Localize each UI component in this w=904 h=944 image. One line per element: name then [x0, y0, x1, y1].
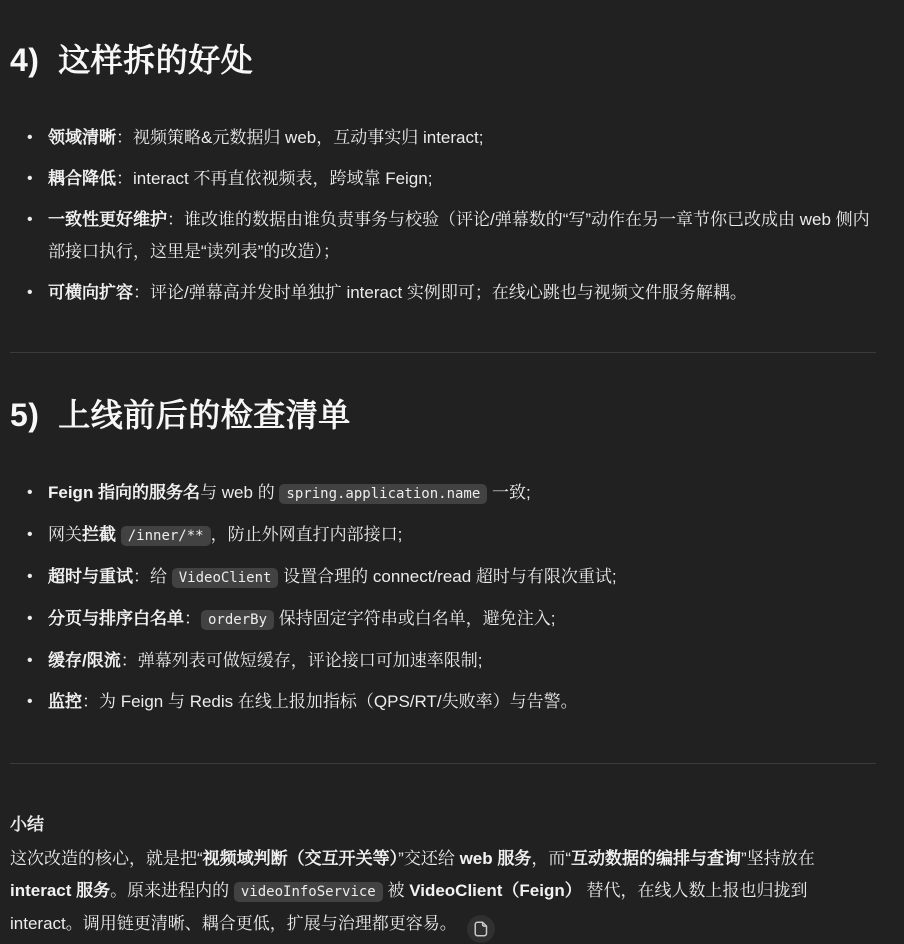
bold-text: 互动数据的编排与查询	[571, 849, 741, 868]
copy-button[interactable]	[467, 915, 495, 943]
list-item: 耦合降低：interact 不再直依视频表，跨域靠 Feign;	[10, 163, 876, 195]
inline-code: orderBy	[201, 610, 274, 630]
list-item: 分页与排序白名单：orderBy 保持固定字符串或白名单，避免注入;	[10, 603, 876, 636]
text-run: 与 web 的	[200, 483, 279, 502]
section-divider-2	[10, 763, 876, 764]
bold-text: VideoClient（Feign）	[409, 881, 582, 900]
text-run: ：为 Feign 与 Redis 在线上报加指标（QPS/RT/失败率）与告警。	[82, 692, 578, 711]
text-run: ：视频策略&元数据归 web，互动事实归 interact;	[116, 128, 483, 147]
list-item: 超时与重试：给 VideoClient 设置合理的 connect/read 超…	[10, 561, 876, 594]
summary-heading: 小结	[10, 809, 876, 841]
summary-text: 这次改造的核心，就是把“视频域判断（交互开关等）”交还给 web 服务，而“互动…	[10, 849, 815, 933]
section-5-list: Feign 指向的服务名与 web 的 spring.application.n…	[10, 477, 876, 718]
section-4-heading: 4) 这样拆的好处	[10, 38, 876, 82]
text-run: ：给	[133, 567, 172, 586]
list-item: 缓存/限流：弹幕列表可做短缓存，评论接口可加速率限制;	[10, 645, 876, 677]
text-run: 一致;	[487, 483, 530, 502]
bold-text: Feign 指向的服务名	[48, 483, 200, 502]
text-run: 设置合理的 connect/read 超时与有限次重试;	[278, 567, 616, 586]
text-run: 。原来进程内的	[110, 881, 234, 900]
inline-code: VideoClient	[172, 568, 279, 588]
bold-text: interact 服务	[10, 881, 110, 900]
bold-text: 拦截	[82, 525, 116, 544]
bold-text: 领域清晰	[48, 128, 116, 147]
text-run: 保持固定字符串或白名单，避免注入;	[274, 609, 555, 628]
copy-icon	[474, 921, 488, 937]
text-run: 被	[383, 881, 409, 900]
list-item: 网关拦截 /inner/**，防止外网直打内部接口;	[10, 519, 876, 552]
text-run: ：谁改谁的数据由谁负责事务与校验（评论/弹幕数的“写”动作在另一章节你已改成由 …	[48, 210, 870, 261]
text-run: 这次改造的核心，就是把“	[10, 849, 203, 868]
list-item: 监控：为 Feign 与 Redis 在线上报加指标（QPS/RT/失败率）与告…	[10, 686, 876, 718]
text-run: ：	[184, 609, 201, 628]
bold-text: 可横向扩容	[48, 283, 133, 302]
inline-code: /inner/**	[121, 526, 211, 546]
inline-code: spring.application.name	[279, 484, 487, 504]
section-divider	[10, 352, 876, 353]
text-run: ，防止外网直打内部接口;	[211, 525, 403, 544]
bold-text: 分页与排序白名单	[48, 609, 184, 628]
bold-text: 一致性更好维护	[48, 210, 167, 229]
bold-text: 监控	[48, 692, 82, 711]
text-run: ：评论/弹幕高并发时单独扩 interact 实例即可；在线心跳也与视频文件服务…	[133, 283, 747, 302]
text-run: ：弹幕列表可做短缓存，评论接口可加速率限制;	[121, 651, 483, 670]
bold-text: 缓存/限流	[48, 651, 121, 670]
text-run: 网关	[48, 525, 82, 544]
text-run: ：interact 不再直依视频表，跨域靠 Feign;	[116, 169, 432, 188]
list-item: Feign 指向的服务名与 web 的 spring.application.n…	[10, 477, 876, 510]
bold-text: 耦合降低	[48, 169, 116, 188]
bold-text: web 服务	[460, 849, 532, 868]
section-4-list: 领域清晰：视频策略&元数据归 web，互动事实归 interact;耦合降低：i…	[10, 122, 876, 309]
list-item: 领域清晰：视频策略&元数据归 web，互动事实归 interact;	[10, 122, 876, 154]
text-run: ，而“	[531, 849, 571, 868]
summary-paragraph: 这次改造的核心，就是把“视频域判断（交互开关等）”交还给 web 服务，而“互动…	[10, 843, 876, 943]
assistant-message: 4) 这样拆的好处 领域清晰：视频策略&元数据归 web，互动事实归 inter…	[0, 0, 904, 943]
section-5-heading: 5) 上线前后的检查清单	[10, 393, 876, 437]
inline-code: videoInfoService	[234, 882, 383, 902]
list-item: 一致性更好维护：谁改谁的数据由谁负责事务与校验（评论/弹幕数的“写”动作在另一章…	[10, 204, 876, 268]
text-run: ”坚持放在	[741, 849, 815, 868]
list-item: 可横向扩容：评论/弹幕高并发时单独扩 interact 实例即可；在线心跳也与视…	[10, 277, 876, 309]
bold-text: 超时与重试	[48, 567, 133, 586]
text-run: ”交还给	[398, 849, 459, 868]
bold-text: 视频域判断（交互开关等）	[203, 849, 399, 868]
